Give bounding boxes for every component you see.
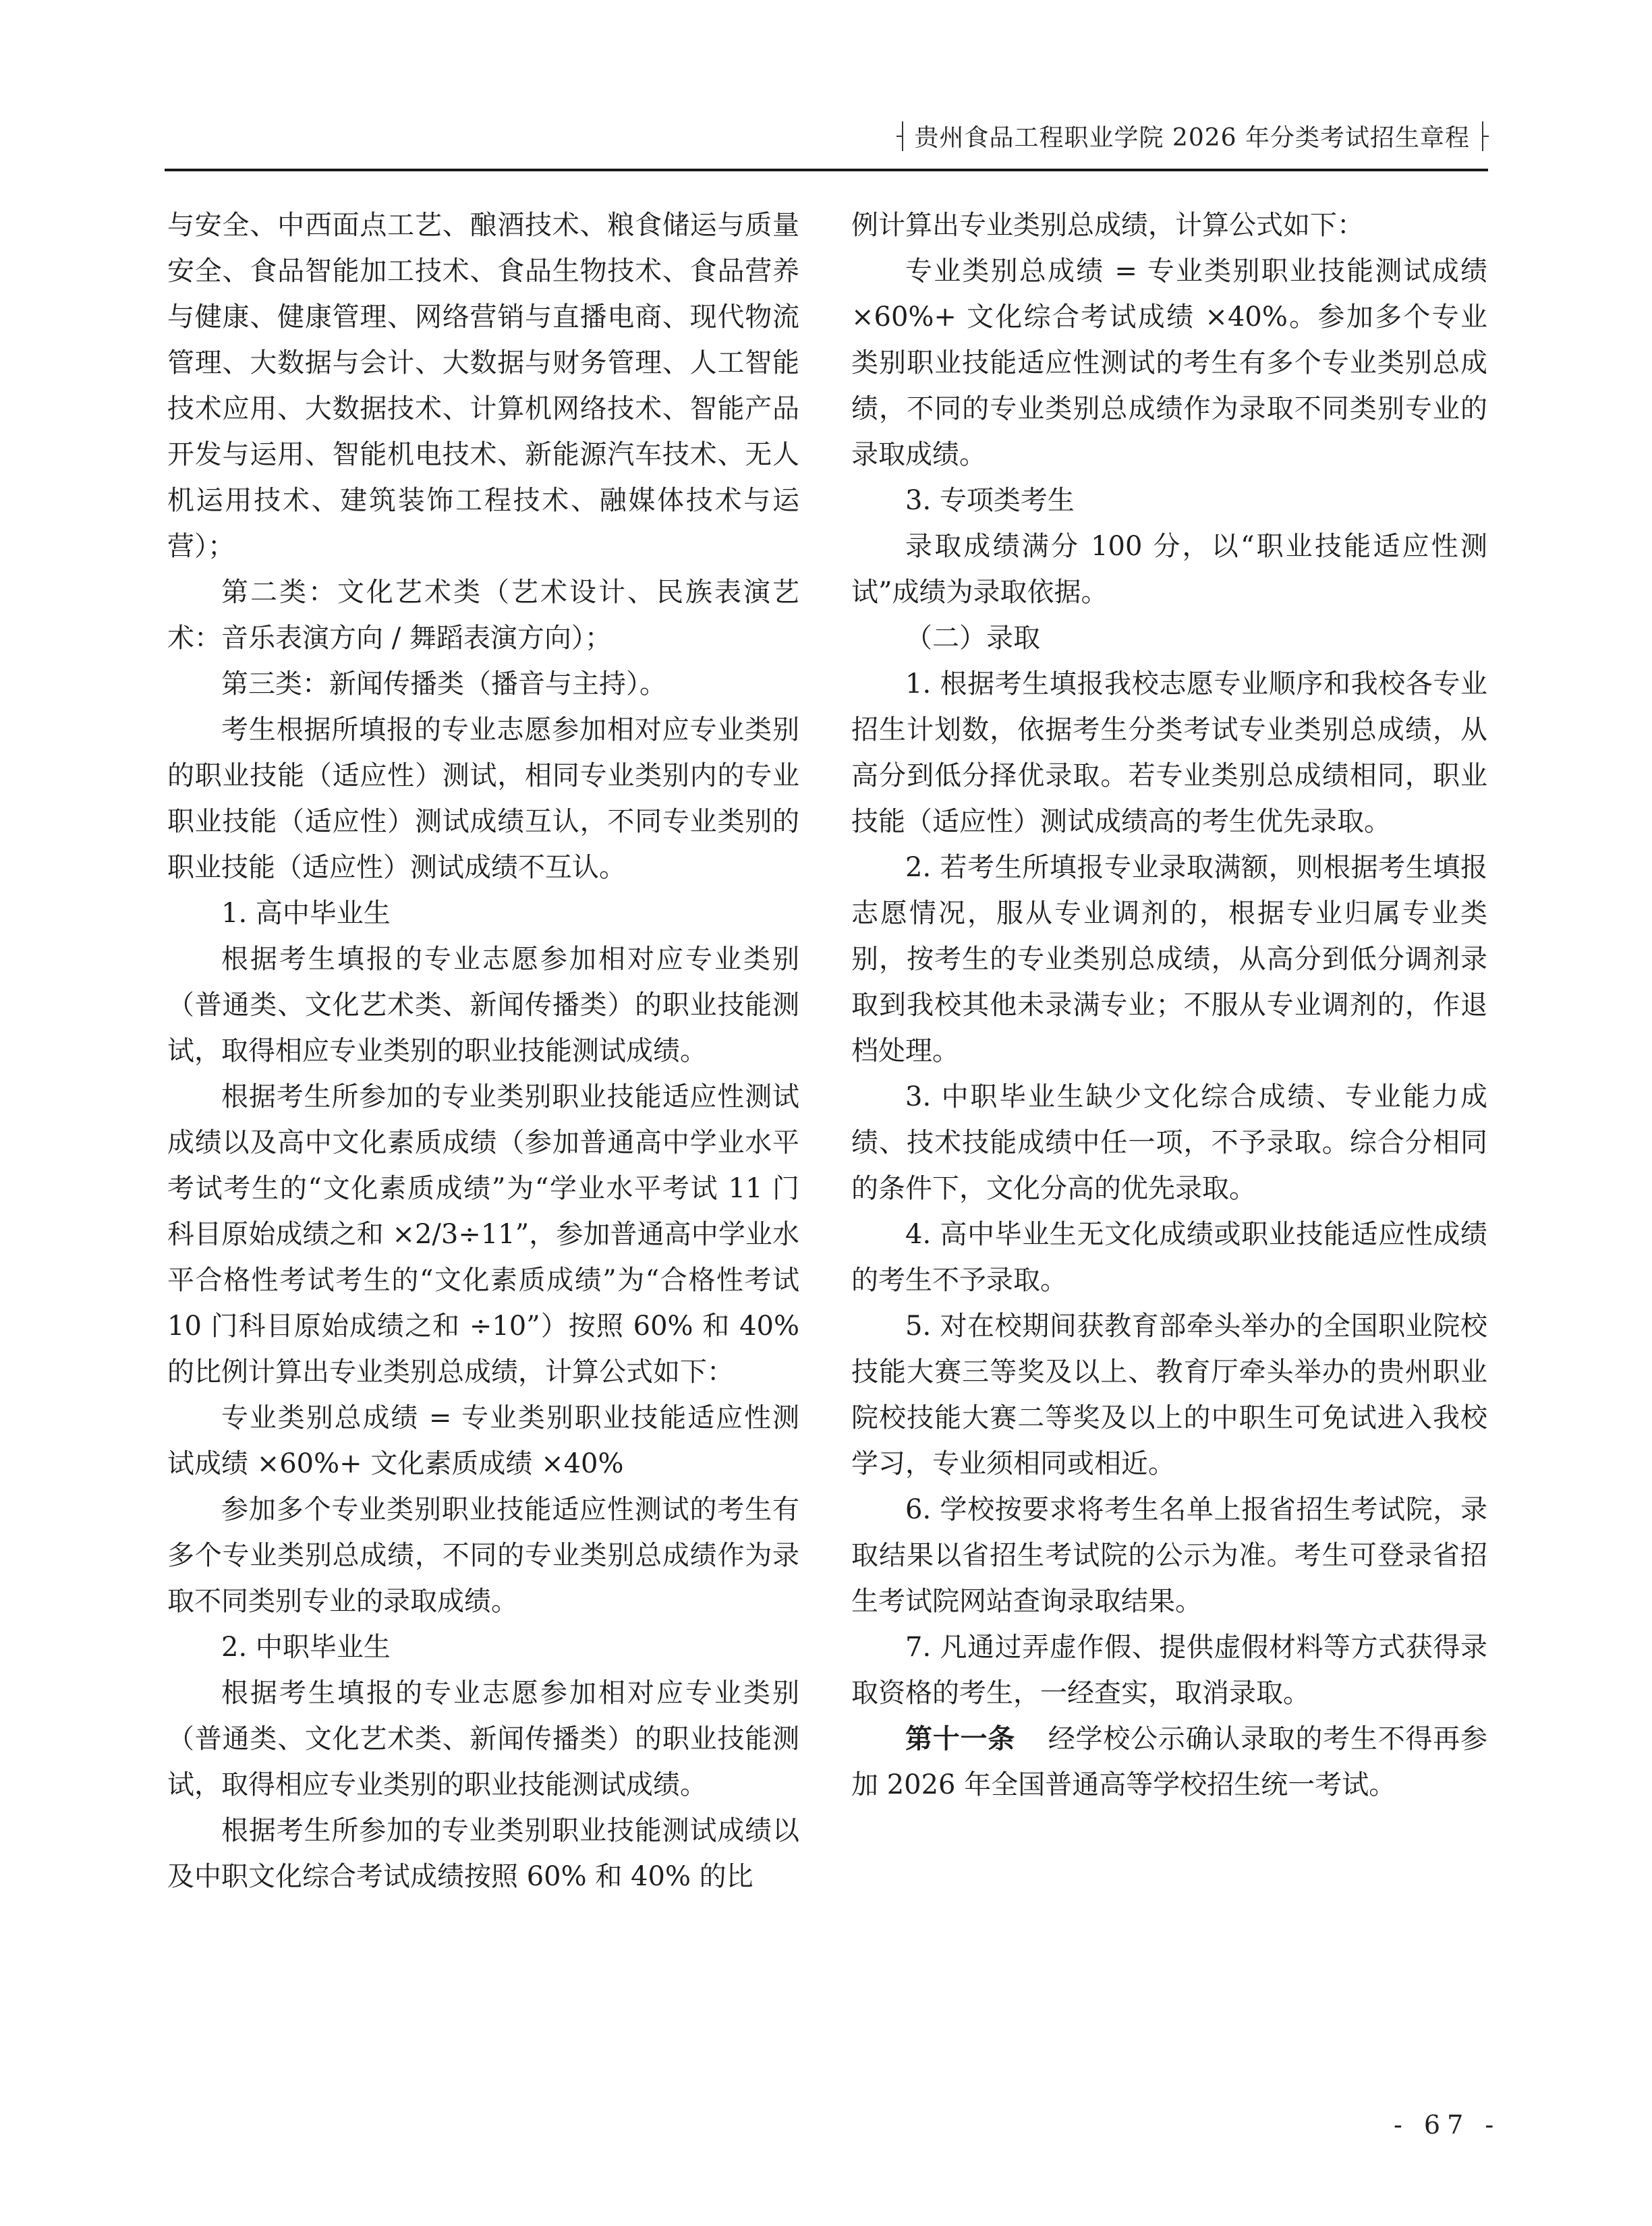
running-head-title: 贵州食品工程职业学院 2026 年分类考试招生章程 [914,119,1470,153]
paragraph: 根据考生所参加的专业类别职业技能适应性测试成绩以及高中文化素质成绩（参加普通高中… [167,1074,799,1395]
article-paragraph: 第十一条经学校公示确认录取的考生不得再参加 2026 年全国普通高等学校招生统一… [851,1716,1487,1808]
paragraph: 录取成绩满分 100 分，以“职业技能适应性测试”成绩为录取依据。 [851,523,1487,615]
running-head-left-bracket [896,121,907,151]
list-item: 7. 凡通过弄虚作假、提供虚假材料等方式获得录取资格的考生，一经查实，取消录取。 [851,1624,1487,1716]
paragraph: 例计算出专业类别总成绩，计算公式如下： [851,202,1487,248]
list-item: 5. 对在校期间获教育部牵头举办的全国职业院校技能大赛三等奖及以上、教育厅牵头举… [851,1303,1487,1487]
list-item: 6. 学校按要求将考生名单上报省招生考试院，录取结果以省招生考试院的公示为准。考… [851,1487,1487,1624]
paragraph: 与安全、中西面点工艺、酿酒技术、粮食储运与质量安全、食品智能加工技术、食品生物技… [167,202,799,569]
paragraph: 根据考生填报的专业志愿参加相对应专业类别（普通类、文化艺术类、新闻传播类）的职业… [167,1670,799,1808]
section-heading: 2. 中职毕业生 [167,1624,799,1670]
section-heading: 1. 高中毕业生 [167,890,799,936]
paragraph: 第二类：文化艺术类（艺术设计、民族表演艺术：音乐表演方向 / 舞蹈表演方向）； [167,569,799,661]
running-head: 贵州食品工程职业学院 2026 年分类考试招生章程 [896,119,1487,153]
formula: 专业类别总成绩 = 专业类别职业技能测试成绩 ×60%+ 文化综合考试成绩 ×4… [851,248,1487,478]
list-item: 1. 根据考生填报我校志愿专业顺序和我校各专业招生计划数，依据考生分类考试专业类… [851,661,1487,845]
paragraph: 根据考生填报的专业志愿参加相对应专业类别（普通类、文化艺术类、新闻传播类）的职业… [167,936,799,1074]
section-heading: （二）录取 [851,615,1487,661]
right-column: 例计算出专业类别总成绩，计算公式如下： 专业类别总成绩 = 专业类别职业技能测试… [851,202,1487,1808]
page-number: - 67 - [1394,2110,1500,2140]
running-head-right-bracket [1477,121,1487,151]
formula: 专业类别总成绩 = 专业类别职业技能适应性测试成绩 ×60%+ 文化素质成绩 ×… [167,1395,799,1487]
list-item: 4. 高中毕业生无文化成绩或职业技能适应性成绩的考生不予录取。 [851,1211,1487,1303]
list-item: 3. 中职毕业生缺少文化综合成绩、专业能力成绩、技术技能成绩中任一项，不予录取。… [851,1074,1487,1211]
paragraph: 根据考生所参加的专业类别职业技能测试成绩以及中职文化综合考试成绩按照 60% 和… [167,1808,799,1900]
paragraph: 考生根据所填报的专业志愿参加相对应专业类别的职业技能（适应性）测试，相同专业类别… [167,707,799,890]
header-rule [165,169,1488,171]
paragraph: 第三类：新闻传播类（播音与主持）。 [167,661,799,707]
left-column: 与安全、中西面点工艺、酿酒技术、粮食储运与质量安全、食品智能加工技术、食品生物技… [167,202,799,1900]
article-label: 第十一条 [905,1723,1015,1754]
list-item: 2. 若考生所填报专业录取满额，则根据考生填报志愿情况，服从专业调剂的，根据专业… [851,845,1487,1074]
section-heading: 3. 专项类考生 [851,478,1487,523]
paragraph: 参加多个专业类别职业技能适应性测试的考生有多个专业类别总成绩，不同的专业类别总成… [167,1487,799,1624]
